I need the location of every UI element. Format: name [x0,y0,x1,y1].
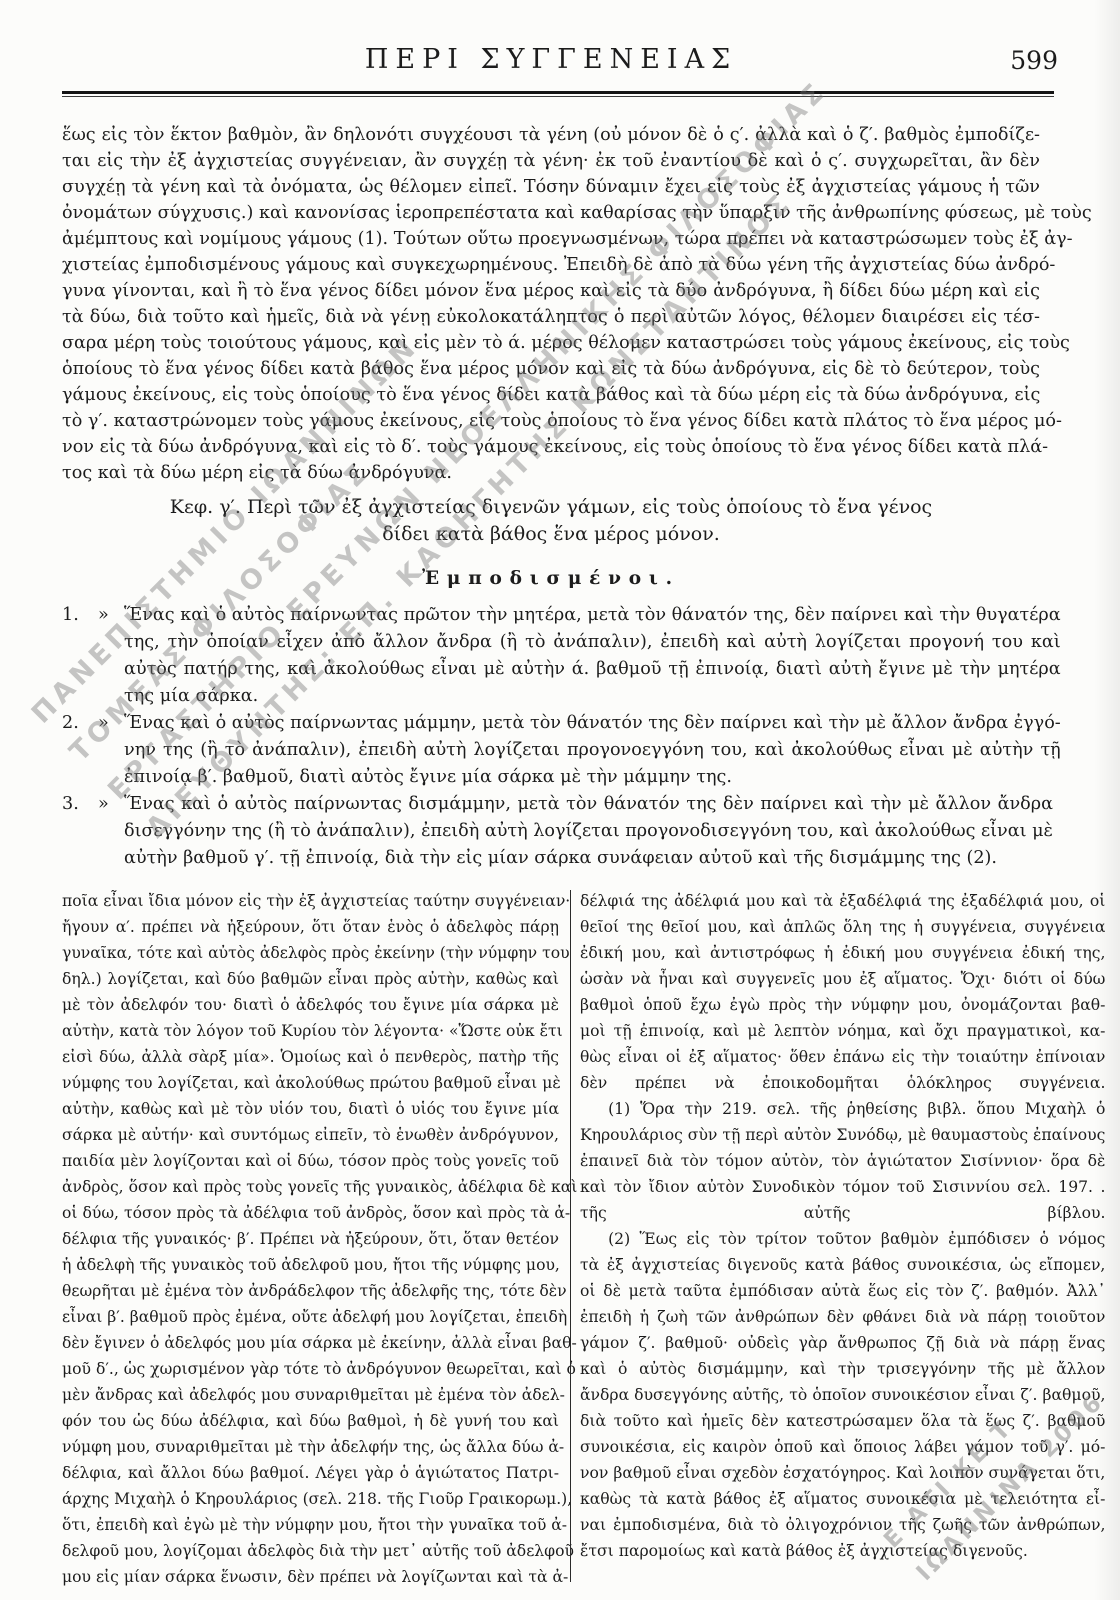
page-header: ΠΕΡΙ ΣΥΓΓΕΝΕΙΑΣ 599 [62,44,1040,78]
text-line: δέλφια, καὶ ἄλλοι δύω βαθμοί. Λέγει γὰρ … [62,1460,559,1486]
text-line: παιδία μὲν λογίζονται καὶ οἱ δύω, τόσον … [62,1148,559,1174]
text-line: δηλ.) λογίζεται, καὶ δύο βαθμῶν εἶναι πρ… [62,966,559,992]
page-content: ΠΕΡΙ ΣΥΓΓΕΝΕΙΑΣ 599 ἕως εἰς τὸν ἕκτον βα… [62,0,1072,1590]
list-item: 1. » Ἕνας καὶ ὁ αὐτὸς παίρνωντας πρῶτον … [62,602,1040,710]
text-line: συνοικέσια, εἰς καιρὸν ὁποῦ καὶ ὅποιος λ… [580,1434,1105,1460]
list-item: 3. » Ἕνας καὶ ὁ αὐτὸς παίρνωντας δισμάμμ… [62,791,1040,872]
text-line: τὰ ἐξ ἀγχιστείας διγενοῦς κατὰ βάθος συν… [580,1252,1105,1278]
text-line: γυναῖκα, τότε καὶ αὐτὸς ἀδελφὸς πρὸς ἐκε… [62,940,559,966]
text-line: ναι ἐμποδισμένα, διὰ τὸ ὀλιγοχρόνιον τῆς… [580,1512,1105,1538]
text-line: διὰ τοῦτο καὶ ἡμεῖς δὲν κατεστρώσαμεν ὅλ… [580,1408,1105,1434]
text-line: ἐδική μου, καὶ ἀντιστρόφως ἡ ἐδική μου σ… [580,940,1105,966]
text-line: σάρκα μὲ αὐτήν· καὶ συντόμως εἰπεῖν, τὸ … [62,1122,559,1148]
left-column: ποῖα εἶναι ἴδια μόνον εἰς τὴν ἐξ ἀγχιστε… [62,888,559,1590]
text-line: ἀμέμπτους καὶ νομίμους γάμους (1). Τούτω… [62,226,1040,252]
header-rule [62,91,1054,97]
item-quote-mark: » [98,791,124,872]
text-line: Ἕνας καὶ ὁ αὐτὸς παίρνωντας δισμάμμην, μ… [124,791,1053,818]
text-line: νύμφης του λογίζεται, καὶ ἀκολούθως πρώτ… [62,1070,559,1096]
text-line: οἱ δύω, τόσον πρὸς τὰ ἀδέλφια τοῦ ἀνδρὸς… [62,1200,559,1226]
text-line: της, τὴν ὁποίαν εἶχεν ἀπὸ ἄλλον ἄνδρα (ἢ… [124,629,1061,656]
item-text: Ἕνας καὶ ὁ αὐτὸς παίρνωντας μάμμην, μετὰ… [124,710,1061,791]
text-line: μοὶ τῇ ἐπινοίᾳ, καὶ μὲ λεπτὸν νόημα, καὶ… [580,1018,1105,1044]
numbered-list: 1. » Ἕνας καὶ ὁ αὐτὸς παίρνωντας πρῶτον … [62,602,1040,872]
text-line: ται εἰς τὴν ἐξ ἀγχιστείας συγγένειαν, ἂν… [62,148,1040,174]
right-column: δέλφιά της ἀδέλφιά μου καὶ τὰ ἐξαδέλφιά … [580,888,1105,1590]
text-line: δελφοῦ μου, λογίζομαι ἀδελφὸς διὰ τὴν με… [62,1538,559,1564]
text-line: γάμον ζ′. βαθμοῦ· οὐδεὶς γὰρ ἄνθρωπος ζῇ… [580,1330,1105,1356]
text-line: Κηρουλάριος σὺν τῇ περὶ αὐτὸν Συνόδῳ, μὲ… [580,1122,1105,1148]
item-number: 3. [62,791,98,872]
text-line: δὲν πρέπει νὰ ἐποικοδομῆται ὁλόκληρος συ… [580,1070,1105,1096]
text-line: μοῦ δ′., ὡς χωρισμένον γὰρ τότε τὸ ἀνδρό… [62,1356,559,1382]
text-line: εἶναι β′. βαθμοῦ πρὸς ἐμένα, οὔτε ἀδελφή… [62,1304,559,1330]
text-line: ἤγουν α′. πρέπει νὰ ἠξεύρουν, ὅτι ὅταν ἑ… [62,914,559,940]
text-line: τὸ γ′. καταστρώνομεν τοὺς γάμους ἐκείνου… [62,408,1040,434]
text-line: θεωρῆται μὲ ἐμένα τὸν ἀνδράδελφον τῆς ἀδ… [62,1278,559,1304]
text-line: ἄνδρα δυσεγγόνης αὐτῆς, τὸ ὁποῖον συνοικ… [580,1382,1105,1408]
text-line: καθὼς τὰ κατὰ βάθος ἐξ αἵματος συνοικέσι… [580,1486,1105,1512]
text-line: (2) Ἕως εἰς τὸν τρίτον τοῦτον βαθμὸν ἐμπ… [580,1226,1105,1252]
text-line: ἀνδρὸς, ὅσον καὶ πρὸς τοὺς γονεῖς τῆς γυ… [62,1174,559,1200]
text-line: άρχης Μιχαὴλ ὁ Κηρουλάριος (σελ. 218. τῆ… [62,1486,559,1512]
chapter-heading: Κεφ. γ′. Περὶ τῶν ἐξ ἀγχιστείας διγενῶν … [62,494,1040,548]
text-line: νύμφη μου, συναριθμεῖται μὲ τὴν ἀδελφήν … [62,1434,559,1460]
text-line: ἐπειδὴ ἡ ζωὴ τῶν ἀνθρώπων δὲν φθάνει διὰ… [580,1304,1105,1330]
text-line: σαρα μέρη τοὺς τοιούτους γάμους, καὶ εἰς… [62,330,1040,356]
text-line: Ἕνας καὶ ὁ αὐτὸς παίρνωντας πρῶτον τὴν μ… [124,602,1061,629]
intro-paragraph: ἕως εἰς τὸν ἕκτον βαθμὸν, ἂν δηλονότι συ… [62,122,1040,486]
item-quote-mark: » [98,602,124,710]
text-line: βαθμοὶ ὁποῦ ἔχω ἐγὼ πρὸς τὴν νύμφην μου,… [580,992,1105,1018]
text-line: ἡ ἀδελφὴ τῆς γυναικὸς τοῦ ἀδελφοῦ μου, ἤ… [62,1252,559,1278]
text-line: ὁποίους τὸ ἕνα γένος δίδει κατὰ βάθος ἕν… [62,356,1040,382]
text-line: ὅτι, ἐπειδὴ καὶ ἐγὼ μὲ τὴν νύμφην μου, ἤ… [62,1512,559,1538]
text-line: δέλφια τῆς γυναικός· β′. Πρέπει νὰ ἠξεύρ… [62,1226,559,1252]
text-line: ὡσὰν νὰ ἦναι καὶ συγγενεῖς μου ἐξ αἵματο… [580,966,1105,992]
item-number: 1. [62,602,98,710]
column-divider [570,890,571,1582]
chapter-heading-line2: δίδει κατὰ βάθος ἕνα μέρος μόνον. [62,521,1040,548]
scanned-book-page: ΠΕΡΙ ΣΥΓΓΕΝΕΙΑΣ 599 ἕως εἰς τὸν ἕκτον βα… [0,0,1120,1600]
item-text: Ἕνας καὶ ὁ αὐτὸς παίρνωντας δισμάμμην, μ… [124,791,1053,872]
text-line: αὐτὴν, κατὰ τὸν λόγον τοῦ Κυρίου τὸν λέγ… [62,1018,559,1044]
text-line: γάμους ἐκείνους, εἰς τοὺς ὁποίους τὸ ἕνα… [62,382,1040,408]
text-line: ἔτσι παρομοίως καὶ κατὰ βάθος ἐξ ἀγχιστε… [580,1538,1105,1564]
text-line: θὼς εἶναι οἱ ἐξ αἵματος· ὅθεν ἐπάνω εἰς … [580,1044,1105,1070]
text-line: ὀνομάτων σύγχυσις.) καὶ κανονίσας ἱεροπρ… [62,200,1040,226]
text-line: νην της (ἢ τὸ ἀνάπαλιν), ἐπειδὴ αὐτὴ λογ… [124,737,1061,764]
text-line: γυνα γίνονται, καὶ ἢ τὸ ἕνα γένος δίδει … [62,278,1040,304]
text-line: δισεγγόνην της (ἢ τὸ ἀνάπαλιν), ἐπειδὴ α… [124,818,1053,845]
text-line: ἐπινοίᾳ β′. βαθμοῦ, διατὶ αὐτὸς ἔγινε μί… [124,764,1061,791]
item-text: Ἕνας καὶ ὁ αὐτὸς παίρνωντας πρῶτον τὴν μ… [124,602,1061,710]
text-line: καὶ ὁ αὐτὸς δισμάμμην, καὶ τὴν τρισεγγόν… [580,1356,1105,1382]
two-column-section: ποῖα εἶναι ἴδια μόνον εἰς τὴν ἐξ ἀγχιστε… [62,888,1072,1590]
text-line: νον εἰς τὰ δύω ἀνδρόγυνα, καὶ εἰς τὸ δ′.… [62,434,1040,460]
text-line: δὲν ἔγινεν ὁ ἀδελφός μου μία σάρκα μὲ ἐκ… [62,1330,559,1356]
text-line: καὶ τὸν ἴδιον αὐτὸν Συνοδικὸν τόμον τοῦ … [580,1174,1105,1200]
list-item: 2. » Ἕνας καὶ ὁ αὐτὸς παίρνωντας μάμμην,… [62,710,1040,791]
text-line: (1) Ὅρα τὴν 219. σελ. τῆς ῥηθείσης βιβλ.… [580,1096,1105,1122]
text-line: μὲν ἄνδρας καὶ ἀδελφός μου συναριθμεῖται… [62,1382,559,1408]
text-line: δέλφιά της ἀδέλφιά μου καὶ τὰ ἐξαδέλφιά … [580,888,1105,914]
text-line: αὐτὴν βαθμοῦ γ′. τῇ ἐπινοίᾳ, διὰ τὴν εἰς… [124,845,1053,872]
text-line: ἕως εἰς τὸν ἕκτον βαθμὸν, ἂν δηλονότι συ… [62,122,1040,148]
item-number: 2. [62,710,98,791]
page-number: 599 [1010,46,1058,75]
text-line: της μία σάρκα. [124,683,1061,710]
page-title: ΠΕΡΙ ΣΥΓΓΕΝΕΙΑΣ [62,44,1040,75]
text-line: τὰ δύω, διὰ τοῦτο καὶ ἡμεῖς, διὰ νὰ γένῃ… [62,304,1040,330]
text-line: θεῖοί της θεῖοί μου, καὶ ἁπλῶς ὅλη της ἡ… [580,914,1105,940]
text-line: Ἕνας καὶ ὁ αὐτὸς παίρνωντας μάμμην, μετὰ… [124,710,1061,737]
text-line: συγχέῃ τὰ γένη καὶ τὰ ὀνόματα, ὡς θέλομε… [62,174,1040,200]
text-line: μὲ τὸν ἀδελφόν του· διατὶ ὁ ἀδελφός του … [62,992,559,1018]
chapter-heading-line1: Κεφ. γ′. Περὶ τῶν ἐξ ἀγχιστείας διγενῶν … [62,494,1040,521]
text-line: τῆς αὐτῆς βίβλου. [580,1200,1105,1226]
text-line: εἰσὶ δύω, ἀλλὰ σὰρξ μία». Ὁμοίως καὶ ὁ π… [62,1044,559,1070]
text-line: ποῖα εἶναι ἴδια μόνον εἰς τὴν ἐξ ἀγχιστε… [62,888,559,914]
text-line: ἐπαινεῖ διὰ τὸν τόμον αὐτὸν, τὸν ἁγιώτατ… [580,1148,1105,1174]
text-line: χιστείας ἐμποδισμένους γάμους καὶ συγκεχ… [62,252,1040,278]
text-line: οἱ δὲ μετὰ ταῦτα ἐμπόδισαν αὐτὰ ἕως εἰς … [580,1278,1105,1304]
item-quote-mark: » [98,710,124,791]
text-line: νον βαθμοῦ εἶναι σχεδὸν ἐσχατόγηρος. Καὶ… [580,1460,1105,1486]
text-line: τος καὶ τὰ δύω μέρη εἰς τὰ δύω ἀνδρόγυνα… [62,460,1040,486]
text-line: αὐτὸς πατήρ της, καὶ ἀκολούθως εἶναι μὲ … [124,656,1061,683]
text-line: αὐτὴν, καθὼς καὶ μὲ τὸν υἱόν του, διατὶ … [62,1096,559,1122]
text-line: μου εἰς μίαν σάρκα ἕνωσιν, δὲν πρέπει νὰ… [62,1564,559,1590]
text-line: φόν του ὡς δύω ἀδέλφια, καὶ δύω βαθμοὶ, … [62,1408,559,1434]
section-subheading: Ἐμποδισμένοι. [62,568,1040,589]
